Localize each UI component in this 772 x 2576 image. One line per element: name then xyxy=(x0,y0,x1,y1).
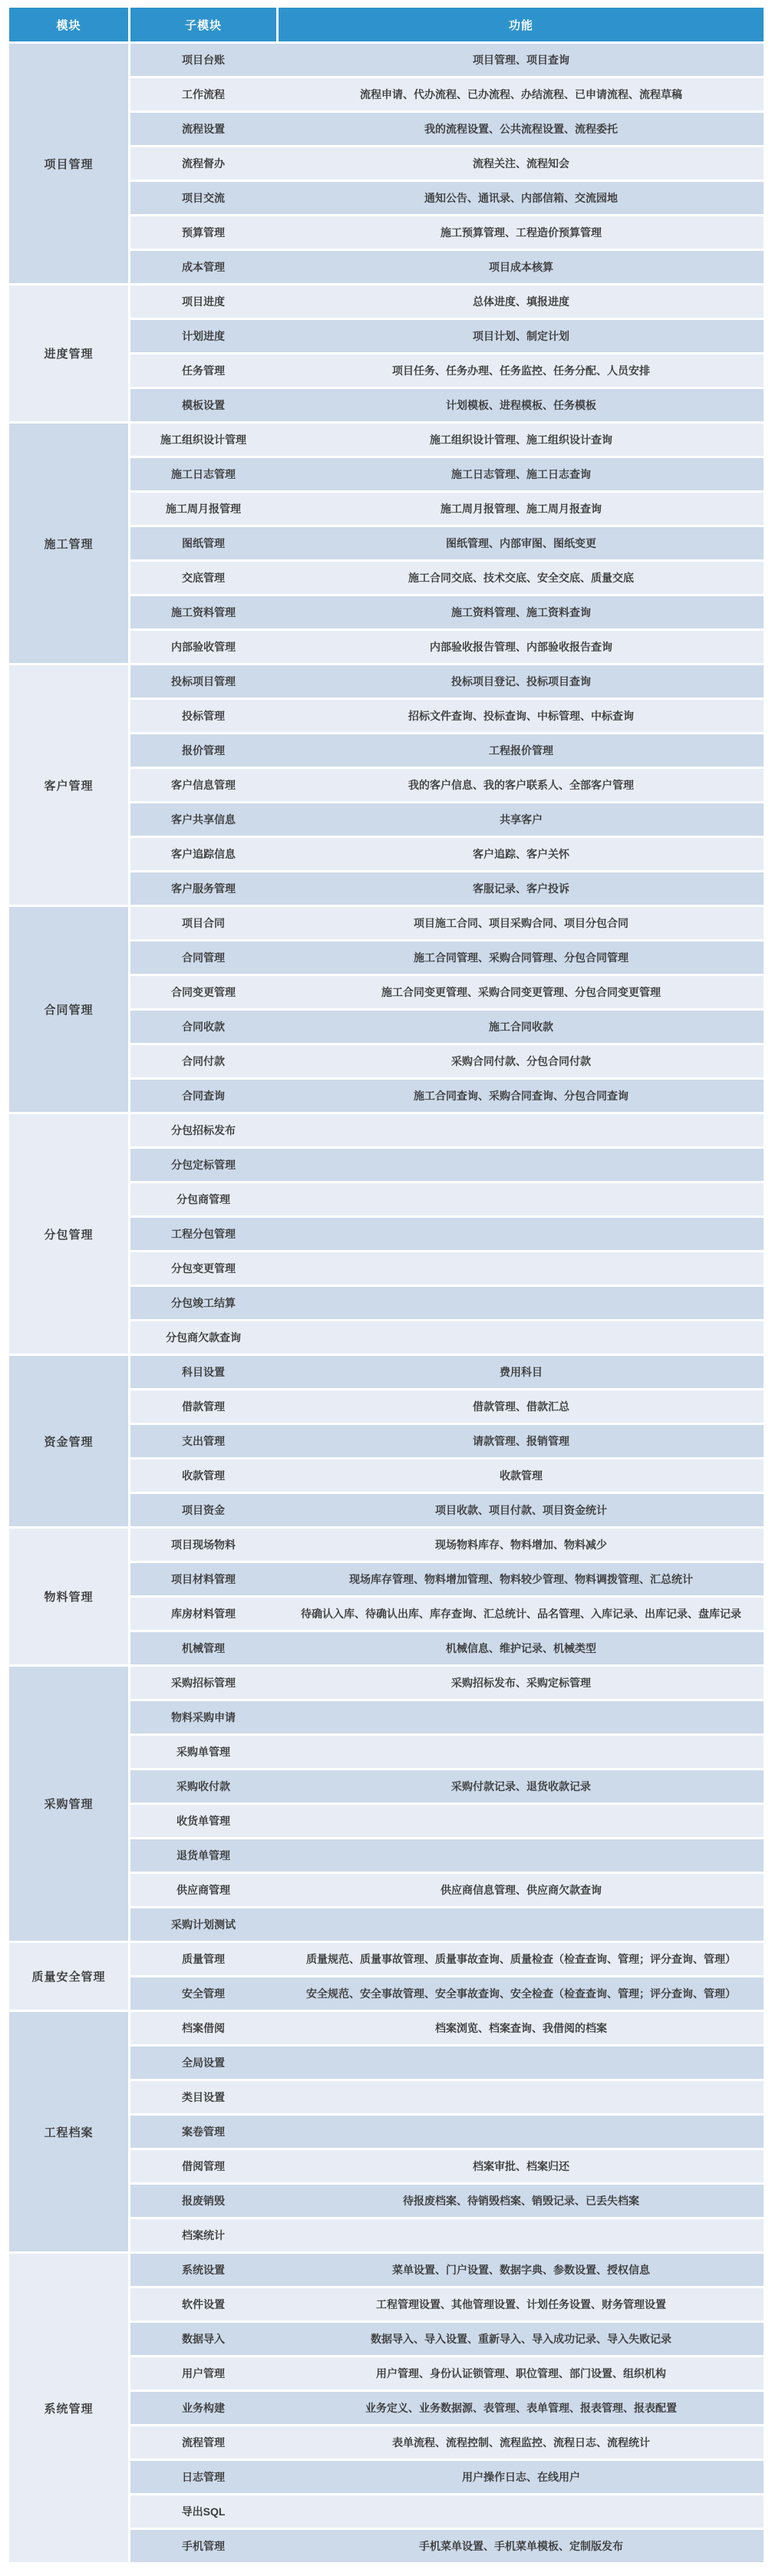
table-row: 退货单管理 xyxy=(130,1839,764,1872)
table-row: 项目交流通知公告、通讯录、内部信箱、交流园地 xyxy=(130,182,764,214)
submodule-cell: 交底管理 xyxy=(130,562,276,594)
module-block: 资金管理科目设置费用科目借款管理借款管理、借款汇总支出管理请款管理、报销管理收款… xyxy=(9,1356,764,1529)
submodule-cell: 收货单管理 xyxy=(130,1805,276,1837)
function-cell: 我的流程设置、公共流程设置、流程委托 xyxy=(279,113,764,145)
table-row: 客户信息管理我的客户信息、我的客户联系人、全部客户管理 xyxy=(130,769,764,801)
module-cell: 资金管理 xyxy=(9,1356,128,1526)
submodule-cell: 图纸管理 xyxy=(130,527,276,559)
function-cell: 档案审批、档案归还 xyxy=(279,2150,764,2182)
module-rows: 项目合同项目施工合同、项目采购合同、项目分包合同合同管理施工合同管理、采购合同管… xyxy=(130,907,764,1114)
function-cell: 项目收款、项目付款、项目资金统计 xyxy=(279,1494,764,1526)
table-row: 科目设置费用科目 xyxy=(130,1356,764,1388)
table-row: 图纸管理图纸管理、内部审图、图纸变更 xyxy=(130,527,764,559)
table-row: 类目设置 xyxy=(130,2081,764,2113)
table-row: 报废销毁待报废档案、待销毁档案、销毁记录、已丢失档案 xyxy=(130,2185,764,2217)
function-cell: 借款管理、借款汇总 xyxy=(279,1390,764,1423)
function-cell: 施工组织设计管理、施工组织设计查询 xyxy=(279,424,764,456)
function-cell: 用户操作日志、在线用户 xyxy=(279,2461,764,2493)
submodule-cell: 采购招标管理 xyxy=(130,1667,276,1699)
table-row: 施工周月报管理施工周月报管理、施工周月报查询 xyxy=(130,493,764,525)
submodule-cell: 用户管理 xyxy=(130,2357,276,2390)
table-row: 库房材料管理待确认入库、待确认出库、库存查询、汇总统计、品名管理、入库记录、出库… xyxy=(130,1598,764,1630)
submodule-cell: 计划进度 xyxy=(130,320,276,352)
table-row: 施工日志管理施工日志管理、施工日志查询 xyxy=(130,458,764,490)
table-row: 档案统计 xyxy=(130,2219,764,2251)
function-cell: 项目施工合同、项目采购合同、项目分包合同 xyxy=(279,907,764,939)
module-block: 进度管理项目进度总体进度、填报进度计划进度项目计划、制定计划任务管理项目任务、任… xyxy=(9,285,764,424)
function-cell: 待确认入库、待确认出库、库存查询、汇总统计、品名管理、入库记录、出库记录、盘库记… xyxy=(279,1598,764,1630)
table-row: 项目资金项目收款、项目付款、项目资金统计 xyxy=(130,1494,764,1526)
function-cell: 采购招标发布、采购定标管理 xyxy=(279,1667,764,1699)
submodule-cell: 客户服务管理 xyxy=(130,872,276,905)
function-cell xyxy=(279,1839,764,1872)
module-cell: 工程档案 xyxy=(9,2012,128,2251)
function-cell: 客服记录、客户投诉 xyxy=(279,872,764,905)
function-cell: 工程管理设置、其他管理设置、计划任务设置、财务管理设置 xyxy=(279,2288,764,2320)
module-block: 质量安全管理质量管理质量规范、质量事故管理、质量事故查询、质量检查（检查查询、管… xyxy=(9,1943,764,2012)
table-row: 投标项目管理投标项目登记、投标项目查询 xyxy=(130,665,764,698)
submodule-cell: 案卷管理 xyxy=(130,2116,276,2148)
submodule-cell: 合同付款 xyxy=(130,1045,276,1077)
submodule-cell: 投标项目管理 xyxy=(130,665,276,698)
submodule-cell: 工作流程 xyxy=(130,78,276,110)
submodule-cell: 报废销毁 xyxy=(130,2185,276,2217)
function-cell: 数据导入、导入设置、重新导入、导入成功记录、导入失败记录 xyxy=(279,2323,764,2355)
submodule-cell: 软件设置 xyxy=(130,2288,276,2320)
module-cell: 项目管理 xyxy=(9,44,128,283)
submodule-cell: 分包商欠款查询 xyxy=(130,1321,276,1354)
header-function: 功能 xyxy=(279,8,764,41)
function-cell: 客户追踪、客户关怀 xyxy=(279,838,764,870)
table-row: 合同查询施工合同查询、采购合同查询、分包合同查询 xyxy=(130,1080,764,1112)
submodule-cell: 项目交流 xyxy=(130,182,276,214)
submodule-cell: 流程管理 xyxy=(130,2426,276,2459)
table-row: 分包竣工结算 xyxy=(130,1287,764,1319)
feature-table-page: 模块 子模块 功能 项目管理项目台账项目管理、项目查询工作流程流程申请、代办流程… xyxy=(0,0,772,2575)
function-cell xyxy=(279,1287,764,1319)
module-block: 项目管理项目台账项目管理、项目查询工作流程流程申请、代办流程、已办流程、办结流程… xyxy=(9,44,764,285)
function-cell xyxy=(279,1149,764,1181)
function-cell: 施工合同变更管理、采购合同变更管理、分包合同变更管理 xyxy=(279,976,764,1008)
table-row: 质量管理质量规范、质量事故管理、质量事故查询、质量检查（检查查询、管理；评分查询… xyxy=(130,1943,764,1975)
table-row: 任务管理项目任务、任务办理、任务监控、任务分配、人员安排 xyxy=(130,355,764,387)
function-cell: 施工合同收款 xyxy=(279,1011,764,1043)
table-row: 档案借阅档案浏览、档案查询、我借阅的档案 xyxy=(130,2012,764,2044)
table-row: 客户追踪信息客户追踪、客户关怀 xyxy=(130,838,764,870)
submodule-cell: 分包定标管理 xyxy=(130,1149,276,1181)
function-cell: 项目计划、制定计划 xyxy=(279,320,764,352)
function-cell xyxy=(279,2081,764,2113)
function-cell: 项目成本核算 xyxy=(279,251,764,283)
module-block: 合同管理项目合同项目施工合同、项目采购合同、项目分包合同合同管理施工合同管理、采… xyxy=(9,907,764,1114)
function-cell: 施工周月报管理、施工周月报查询 xyxy=(279,493,764,525)
table-row: 模板设置计划模板、进程模板、任务模板 xyxy=(130,389,764,421)
function-cell: 现场物料库存、物料增加、物料减少 xyxy=(279,1529,764,1561)
table-row: 计划进度项目计划、制定计划 xyxy=(130,320,764,352)
submodule-cell: 库房材料管理 xyxy=(130,1598,276,1630)
submodule-cell: 全局设置 xyxy=(130,2047,276,2079)
module-cell: 分包管理 xyxy=(9,1114,128,1354)
submodule-cell: 日志管理 xyxy=(130,2461,276,2493)
table-row: 导出SQL xyxy=(130,2495,764,2528)
function-cell: 施工合同查询、采购合同查询、分包合同查询 xyxy=(279,1080,764,1112)
function-cell: 质量规范、质量事故管理、质量事故查询、质量检查（检查查询、管理；评分查询、管理） xyxy=(279,1943,764,1975)
table-row: 采购收付款采购付款记录、退货收款记录 xyxy=(130,1770,764,1803)
submodule-cell: 分包商管理 xyxy=(130,1183,276,1215)
module-cell: 物料管理 xyxy=(9,1529,128,1664)
function-cell: 手机菜单设置、手机菜单模板、定制版发布 xyxy=(279,2530,764,2562)
table-row: 预算管理施工预算管理、工程造价预算管理 xyxy=(130,216,764,249)
function-cell: 共享客户 xyxy=(279,803,764,836)
module-rows: 科目设置费用科目借款管理借款管理、借款汇总支出管理请款管理、报销管理收款管理收款… xyxy=(130,1356,764,1529)
header-module: 模块 xyxy=(9,8,128,41)
function-cell: 现场库存管理、物料增加管理、物料较少管理、物料调拨管理、汇总统计 xyxy=(279,1563,764,1595)
table-row: 报价管理工程报价管理 xyxy=(130,734,764,767)
submodule-cell: 质量管理 xyxy=(130,1943,276,1975)
function-cell xyxy=(279,2047,764,2079)
function-cell xyxy=(279,1252,764,1285)
submodule-cell: 预算管理 xyxy=(130,216,276,249)
submodule-cell: 模板设置 xyxy=(130,389,276,421)
module-feature-table: 模块 子模块 功能 项目管理项目台账项目管理、项目查询工作流程流程申请、代办流程… xyxy=(9,8,764,2564)
function-cell: 供应商信息管理、供应商欠款查询 xyxy=(279,1874,764,1906)
submodule-cell: 采购计划测试 xyxy=(130,1908,276,1941)
table-row: 流程督办流程关注、流程知会 xyxy=(130,147,764,180)
table-body: 项目管理项目台账项目管理、项目查询工作流程流程申请、代办流程、已办流程、办结流程… xyxy=(9,44,764,2564)
table-row: 流程设置我的流程设置、公共流程设置、流程委托 xyxy=(130,113,764,145)
submodule-cell: 类目设置 xyxy=(130,2081,276,2113)
table-row: 项目台账项目管理、项目查询 xyxy=(130,44,764,76)
table-row: 采购计划测试 xyxy=(130,1908,764,1941)
function-cell: 待报废档案、待销毁档案、销毁记录、已丢失档案 xyxy=(279,2185,764,2217)
table-row: 分包定标管理 xyxy=(130,1149,764,1181)
function-cell: 安全规范、安全事故管理、安全事故查询、安全检查（检查查询、管理；评分查询、管理） xyxy=(279,1977,764,2010)
table-row: 客户服务管理客服记录、客户投诉 xyxy=(130,872,764,905)
submodule-cell: 内部验收管理 xyxy=(130,631,276,663)
table-row: 工程分包管理 xyxy=(130,1218,764,1250)
table-row: 全局设置 xyxy=(130,2047,764,2079)
submodule-cell: 安全管理 xyxy=(130,1977,276,2010)
table-row: 施工组织设计管理施工组织设计管理、施工组织设计查询 xyxy=(130,424,764,456)
module-rows: 采购招标管理采购招标发布、采购定标管理物料采购申请采购单管理采购收付款采购付款记… xyxy=(130,1667,764,1943)
submodule-cell: 客户追踪信息 xyxy=(130,838,276,870)
table-row: 支出管理请款管理、报销管理 xyxy=(130,1425,764,1457)
table-row: 分包变更管理 xyxy=(130,1252,764,1285)
submodule-cell: 支出管理 xyxy=(130,1425,276,1457)
function-cell: 表单流程、流程控制、流程监控、流程日志、流程统计 xyxy=(279,2426,764,2459)
module-block: 物料管理项目现场物料现场物料库存、物料增加、物料减少项目材料管理现场库存管理、物… xyxy=(9,1529,764,1667)
submodule-cell: 收款管理 xyxy=(130,1460,276,1492)
table-row: 客户共享信息共享客户 xyxy=(130,803,764,836)
submodule-cell: 项目现场物料 xyxy=(130,1529,276,1561)
submodule-cell: 手机管理 xyxy=(130,2530,276,2562)
submodule-cell: 项目进度 xyxy=(130,285,276,318)
function-cell: 采购合同付款、分包合同付款 xyxy=(279,1045,764,1077)
function-cell: 施工合同交底、技术交底、安全交底、质量交底 xyxy=(279,562,764,594)
module-cell: 进度管理 xyxy=(9,285,128,421)
submodule-cell: 施工日志管理 xyxy=(130,458,276,490)
table-row: 项目合同项目施工合同、项目采购合同、项目分包合同 xyxy=(130,907,764,939)
function-cell: 请款管理、报销管理 xyxy=(279,1425,764,1457)
submodule-cell: 项目材料管理 xyxy=(130,1563,276,1595)
function-cell: 菜单设置、门户设置、数据字典、参数设置、授权信息 xyxy=(279,2254,764,2286)
submodule-cell: 工程分包管理 xyxy=(130,1218,276,1250)
function-cell xyxy=(279,1183,764,1215)
module-rows: 质量管理质量规范、质量事故管理、质量事故查询、质量检查（检查查询、管理；评分查询… xyxy=(130,1943,764,2012)
table-row: 供应商管理供应商信息管理、供应商欠款查询 xyxy=(130,1874,764,1906)
function-cell: 内部验收报告管理、内部验收报告查询 xyxy=(279,631,764,663)
table-row: 数据导入数据导入、导入设置、重新导入、导入成功记录、导入失败记录 xyxy=(130,2323,764,2355)
function-cell: 施工日志管理、施工日志查询 xyxy=(279,458,764,490)
submodule-cell: 合同管理 xyxy=(130,942,276,974)
function-cell: 计划模板、进程模板、任务模板 xyxy=(279,389,764,421)
submodule-cell: 投标管理 xyxy=(130,700,276,732)
module-rows: 项目进度总体进度、填报进度计划进度项目计划、制定计划任务管理项目任务、任务办理、… xyxy=(130,285,764,424)
table-row: 内部验收管理内部验收报告管理、内部验收报告查询 xyxy=(130,631,764,663)
function-cell: 用户管理、身份认证锁管理、职位管理、部门设置、组织机构 xyxy=(279,2357,764,2390)
table-row: 采购招标管理采购招标发布、采购定标管理 xyxy=(130,1667,764,1699)
table-row: 案卷管理 xyxy=(130,2116,764,2148)
module-rows: 项目台账项目管理、项目查询工作流程流程申请、代办流程、已办流程、办结流程、已申请… xyxy=(130,44,764,285)
table-row: 项目材料管理现场库存管理、物料增加管理、物料较少管理、物料调拨管理、汇总统计 xyxy=(130,1563,764,1595)
module-cell: 质量安全管理 xyxy=(9,1943,128,2010)
table-row: 流程管理表单流程、流程控制、流程监控、流程日志、流程统计 xyxy=(130,2426,764,2459)
table-row: 安全管理安全规范、安全事故管理、安全事故查询、安全检查（检查查询、管理；评分查询… xyxy=(130,1977,764,2010)
table-row: 工作流程流程申请、代办流程、已办流程、办结流程、已申请流程、流程草稿 xyxy=(130,78,764,110)
submodule-cell: 数据导入 xyxy=(130,2323,276,2355)
module-cell: 客户管理 xyxy=(9,665,128,905)
table-row: 软件设置工程管理设置、其他管理设置、计划任务设置、财务管理设置 xyxy=(130,2288,764,2320)
function-cell: 收款管理 xyxy=(279,1460,764,1492)
submodule-cell: 合同收款 xyxy=(130,1011,276,1043)
table-row: 合同收款施工合同收款 xyxy=(130,1011,764,1043)
submodule-cell: 分包竣工结算 xyxy=(130,1287,276,1319)
function-cell xyxy=(279,1218,764,1250)
function-cell: 采购付款记录、退货收款记录 xyxy=(279,1770,764,1803)
submodule-cell: 退货单管理 xyxy=(130,1839,276,1872)
function-cell xyxy=(279,2219,764,2251)
submodule-cell: 科目设置 xyxy=(130,1356,276,1388)
table-row: 机械管理机械信息、维护记录、机械类型 xyxy=(130,1632,764,1664)
table-row: 交底管理施工合同交底、技术交底、安全交底、质量交底 xyxy=(130,562,764,594)
function-cell: 施工资料管理、施工资料查询 xyxy=(279,596,764,628)
submodule-cell: 借款管理 xyxy=(130,1390,276,1423)
submodule-cell: 项目台账 xyxy=(130,44,276,76)
submodule-cell: 物料采购申请 xyxy=(130,1701,276,1733)
function-cell: 招标文件查询、投标查询、中标管理、中标查询 xyxy=(279,700,764,732)
module-rows: 档案借阅档案浏览、档案查询、我借阅的档案全局设置类目设置案卷管理借阅管理档案审批… xyxy=(130,2012,764,2254)
function-cell: 费用科目 xyxy=(279,1356,764,1388)
submodule-cell: 施工组织设计管理 xyxy=(130,424,276,456)
module-rows: 分包招标发布分包定标管理分包商管理工程分包管理分包变更管理分包竣工结算分包商欠款… xyxy=(130,1114,764,1356)
submodule-cell: 档案统计 xyxy=(130,2219,276,2251)
function-cell: 项目任务、任务办理、任务监控、任务分配、人员安排 xyxy=(279,355,764,387)
table-header-row: 模块 子模块 功能 xyxy=(9,8,764,41)
submodule-cell: 报价管理 xyxy=(130,734,276,767)
module-block: 分包管理分包招标发布分包定标管理分包商管理工程分包管理分包变更管理分包竣工结算分… xyxy=(9,1114,764,1356)
function-cell: 项目管理、项目查询 xyxy=(279,44,764,76)
table-row: 合同管理施工合同管理、采购合同管理、分包合同管理 xyxy=(130,942,764,974)
function-cell xyxy=(279,1701,764,1733)
function-cell: 业务定义、业务数据源、表管理、表单管理、报表管理、报表配置 xyxy=(279,2392,764,2424)
function-cell: 工程报价管理 xyxy=(279,734,764,767)
table-row: 业务构建业务定义、业务数据源、表管理、表单管理、报表管理、报表配置 xyxy=(130,2392,764,2424)
function-cell xyxy=(279,1805,764,1837)
function-cell xyxy=(279,1114,764,1146)
table-row: 采购单管理 xyxy=(130,1736,764,1768)
submodule-cell: 流程督办 xyxy=(130,147,276,180)
module-block: 系统管理系统设置菜单设置、门户设置、数据字典、参数设置、授权信息软件设置工程管理… xyxy=(9,2254,764,2564)
submodule-cell: 分包变更管理 xyxy=(130,1252,276,1285)
table-row: 收货单管理 xyxy=(130,1805,764,1837)
module-cell: 合同管理 xyxy=(9,907,128,1112)
submodule-cell: 项目资金 xyxy=(130,1494,276,1526)
table-row: 物料采购申请 xyxy=(130,1701,764,1733)
submodule-cell: 分包招标发布 xyxy=(130,1114,276,1146)
function-cell: 流程申请、代办流程、已办流程、办结流程、已申请流程、流程草稿 xyxy=(279,78,764,110)
table-row: 分包商欠款查询 xyxy=(130,1321,764,1354)
function-cell xyxy=(279,2116,764,2148)
submodule-cell: 业务构建 xyxy=(130,2392,276,2424)
module-rows: 系统设置菜单设置、门户设置、数据字典、参数设置、授权信息软件设置工程管理设置、其… xyxy=(130,2254,764,2564)
table-row: 借款管理借款管理、借款汇总 xyxy=(130,1390,764,1423)
module-cell: 采购管理 xyxy=(9,1667,128,1941)
submodule-cell: 施工资料管理 xyxy=(130,596,276,628)
submodule-cell: 机械管理 xyxy=(130,1632,276,1664)
module-block: 客户管理投标项目管理投标项目登记、投标项目查询投标管理招标文件查询、投标查询、中… xyxy=(9,665,764,907)
function-cell: 机械信息、维护记录、机械类型 xyxy=(279,1632,764,1664)
table-row: 施工资料管理施工资料管理、施工资料查询 xyxy=(130,596,764,628)
submodule-cell: 客户信息管理 xyxy=(130,769,276,801)
function-cell xyxy=(279,2495,764,2528)
table-row: 手机管理手机菜单设置、手机菜单模板、定制版发布 xyxy=(130,2530,764,2562)
module-rows: 施工组织设计管理施工组织设计管理、施工组织设计查询施工日志管理施工日志管理、施工… xyxy=(130,424,764,665)
function-cell xyxy=(279,1908,764,1941)
module-rows: 投标项目管理投标项目登记、投标项目查询投标管理招标文件查询、投标查询、中标管理、… xyxy=(130,665,764,907)
function-cell: 流程关注、流程知会 xyxy=(279,147,764,180)
table-row: 项目进度总体进度、填报进度 xyxy=(130,285,764,318)
header-submodule: 子模块 xyxy=(130,8,276,41)
module-cell: 系统管理 xyxy=(9,2254,128,2562)
submodule-cell: 合同变更管理 xyxy=(130,976,276,1008)
function-cell: 施工合同管理、采购合同管理、分包合同管理 xyxy=(279,942,764,974)
table-row: 收款管理收款管理 xyxy=(130,1460,764,1492)
module-cell: 施工管理 xyxy=(9,424,128,663)
function-cell: 通知公告、通讯录、内部信箱、交流园地 xyxy=(279,182,764,214)
table-row: 分包商管理 xyxy=(130,1183,764,1215)
module-block: 施工管理施工组织设计管理施工组织设计管理、施工组织设计查询施工日志管理施工日志管… xyxy=(9,424,764,665)
submodule-cell: 施工周月报管理 xyxy=(130,493,276,525)
table-row: 日志管理用户操作日志、在线用户 xyxy=(130,2461,764,2493)
table-row: 合同付款采购合同付款、分包合同付款 xyxy=(130,1045,764,1077)
submodule-cell: 系统设置 xyxy=(130,2254,276,2286)
submodule-cell: 档案借阅 xyxy=(130,2012,276,2044)
submodule-cell: 流程设置 xyxy=(130,113,276,145)
table-row: 投标管理招标文件查询、投标查询、中标管理、中标查询 xyxy=(130,700,764,732)
submodule-cell: 项目合同 xyxy=(130,907,276,939)
function-cell: 投标项目登记、投标项目查询 xyxy=(279,665,764,698)
table-row: 项目现场物料现场物料库存、物料增加、物料减少 xyxy=(130,1529,764,1561)
table-row: 系统设置菜单设置、门户设置、数据字典、参数设置、授权信息 xyxy=(130,2254,764,2286)
submodule-cell: 采购单管理 xyxy=(130,1736,276,1768)
function-cell: 总体进度、填报进度 xyxy=(279,285,764,318)
table-row: 成本管理项目成本核算 xyxy=(130,251,764,283)
module-block: 工程档案档案借阅档案浏览、档案查询、我借阅的档案全局设置类目设置案卷管理借阅管理… xyxy=(9,2012,764,2254)
submodule-cell: 借阅管理 xyxy=(130,2150,276,2182)
submodule-cell: 合同查询 xyxy=(130,1080,276,1112)
submodule-cell: 供应商管理 xyxy=(130,1874,276,1906)
table-row: 合同变更管理施工合同变更管理、采购合同变更管理、分包合同变更管理 xyxy=(130,976,764,1008)
submodule-cell: 采购收付款 xyxy=(130,1770,276,1803)
submodule-cell: 任务管理 xyxy=(130,355,276,387)
function-cell: 图纸管理、内部审图、图纸变更 xyxy=(279,527,764,559)
module-block: 采购管理采购招标管理采购招标发布、采购定标管理物料采购申请采购单管理采购收付款采… xyxy=(9,1667,764,1943)
function-cell xyxy=(279,1736,764,1768)
module-rows: 项目现场物料现场物料库存、物料增加、物料减少项目材料管理现场库存管理、物料增加管… xyxy=(130,1529,764,1667)
table-row: 用户管理用户管理、身份认证锁管理、职位管理、部门设置、组织机构 xyxy=(130,2357,764,2390)
submodule-cell: 导出SQL xyxy=(130,2495,276,2528)
table-row: 借阅管理档案审批、档案归还 xyxy=(130,2150,764,2182)
function-cell: 我的客户信息、我的客户联系人、全部客户管理 xyxy=(279,769,764,801)
submodule-cell: 成本管理 xyxy=(130,251,276,283)
function-cell: 档案浏览、档案查询、我借阅的档案 xyxy=(279,2012,764,2044)
submodule-cell: 客户共享信息 xyxy=(130,803,276,836)
table-row: 分包招标发布 xyxy=(130,1114,764,1146)
function-cell xyxy=(279,1321,764,1354)
function-cell: 施工预算管理、工程造价预算管理 xyxy=(279,216,764,249)
